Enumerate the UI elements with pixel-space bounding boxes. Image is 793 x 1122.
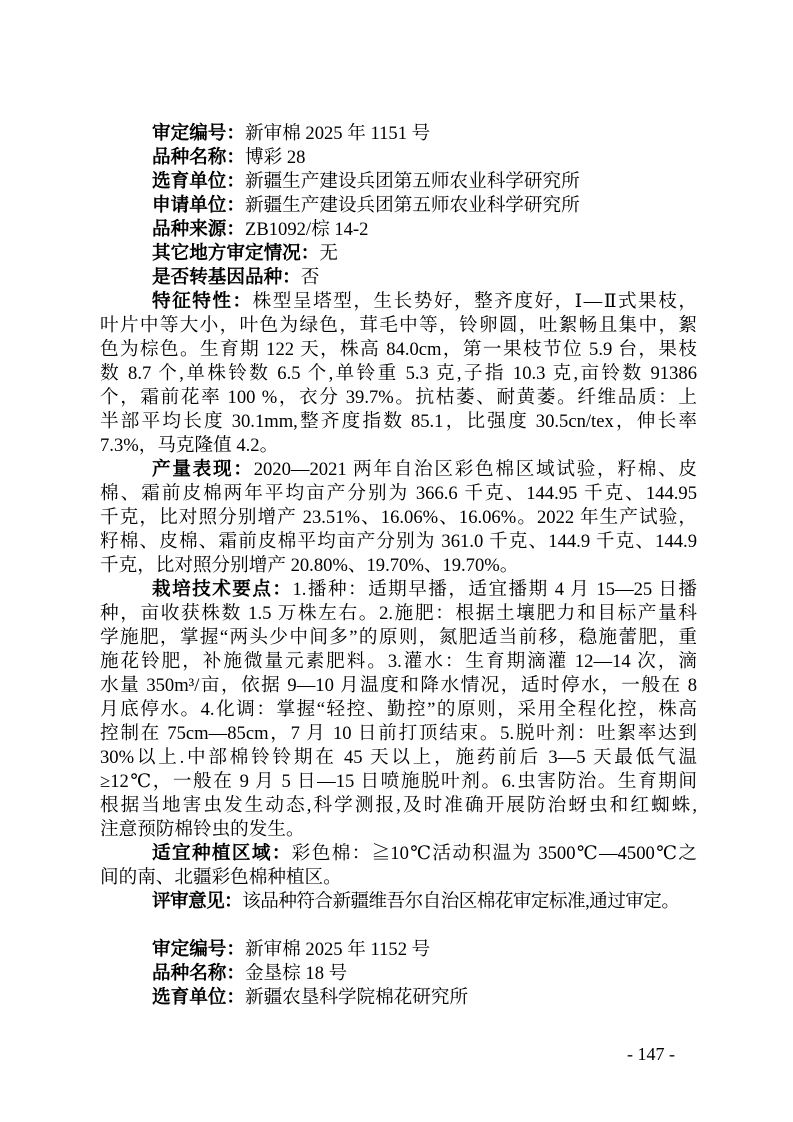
paragraph: 适宜种植区域：彩色棉：≧10℃活动积温为 3500℃—4500℃之间的南、北疆彩… [100,842,697,890]
line-text: 无 [319,243,338,264]
text-line: 根据当地害虫发生动态,科学测报,及时准确开展防治蚜虫和红蜘蛛, [100,794,697,818]
line-text: 该品种符合新疆维吾尔自治区棉花审定标准,通过审定。 [242,891,679,912]
text-line: 千克，比对照分别增产 20.80%、19.70%、19.70%。 [100,554,697,578]
field-label: 栽培技术要点： [152,579,292,600]
document-page: 审定编号：新审棉 2025 年 1151 号品种名称：博彩 28选育单位：新疆生… [0,0,793,1122]
text-line: 栽培技术要点：1.播种：适期早播，适宜播期 4 月 15—25 日播 [100,578,697,602]
paragraph: 品种名称：金垦棕 18 号 [100,962,697,986]
field-label: 品种名称： [152,963,245,984]
line-text: 新疆生产建设兵团第五师农业科学研究所 [245,195,580,216]
text-line: 审定编号：新审棉 2025 年 1151 号 [100,122,697,146]
text-line: 个，霜前花率 100 %，衣分 39.7%。抗枯萎、耐黄萎。纤维品质：上 [100,386,697,410]
variety-entry: 审定编号：新审棉 2025 年 1152 号品种名称：金垦棕 18 号选育单位：… [100,938,697,1010]
paragraph: 产量表现：2020—2021 两年自治区彩色棉区域试验，籽棉、皮棉、霜前皮棉两年… [100,458,697,578]
text-line: 施花铃肥，补施微量元素肥料。3.灌水：生育期滴灌 12—14 次，滴 [100,650,697,674]
paragraph: 特征特性：株型呈塔型，生长势好，整齐度好，Ⅰ—Ⅱ式果枝，叶片中等大小，叶色为绿色… [100,290,697,458]
text-line: 是否转基因品种：否 [100,266,697,290]
paragraph: 选育单位：新疆农垦科学院棉花研究所 [100,986,697,1010]
paragraph: 申请单位：新疆生产建设兵团第五师农业科学研究所 [100,194,697,218]
line-text: 株型呈塔型，生长势好，整齐度好，Ⅰ—Ⅱ式果枝， [253,291,697,312]
paragraph: 栽培技术要点：1.播种：适期早播，适宜播期 4 月 15—25 日播种，亩收获株… [100,578,697,842]
field-label: 适宜种植区域： [152,843,292,864]
field-label: 选育单位： [152,987,245,1008]
text-line: 品种名称：博彩 28 [100,146,697,170]
line-text: 新疆生产建设兵团第五师农业科学研究所 [245,171,580,192]
text-line: 选育单位：新疆生产建设兵团第五师农业科学研究所 [100,170,697,194]
text-line: 申请单位：新疆生产建设兵团第五师农业科学研究所 [100,194,697,218]
line-text: 金垦棕 18 号 [245,963,347,984]
text-line: 间的南、北疆彩色棉种植区。 [100,866,697,890]
field-label: 其它地方审定情况： [152,243,319,264]
paragraph: 品种来源：ZB1092/棕 14-2 [100,218,697,242]
text-line: 审定编号：新审棉 2025 年 1152 号 [100,938,697,962]
paragraph: 选育单位：新疆生产建设兵团第五师农业科学研究所 [100,170,697,194]
paragraph: 审定编号：新审棉 2025 年 1152 号 [100,938,697,962]
line-text: 新审棉 2025 年 1152 号 [245,939,430,960]
line-text: 新审棉 2025 年 1151 号 [245,123,430,144]
field-label: 特征特性： [152,291,253,312]
field-label: 选育单位： [152,171,245,192]
text-line: 评审意见：该品种符合新疆维吾尔自治区棉花审定标准,通过审定。 [100,890,697,914]
line-text: 新疆农垦科学院棉花研究所 [245,987,468,1008]
field-label: 产量表现： [152,459,254,480]
line-text: 1.播种：适期早播，适宜播期 4 月 15—25 日播 [292,579,697,600]
text-line: 选育单位：新疆农垦科学院棉花研究所 [100,986,697,1010]
field-label: 品种名称： [152,147,245,168]
text-line: 产量表现：2020—2021 两年自治区彩色棉区域试验，籽棉、皮 [100,458,697,482]
text-line: 叶片中等大小，叶色为绿色，茸毛中等，铃卵圆，吐絮畅且集中，絮 [100,314,697,338]
field-label: 审定编号： [152,123,245,144]
text-line: 色为棕色。生育期 122 天，株高 84.0cm，第一果枝节位 5.9 台，果枝 [100,338,697,362]
text-line: ≥12℃，一般在 9 月 5 日—15 日喷施脱叶剂。6.虫害防治。生育期间 [100,770,697,794]
field-label: 是否转基因品种： [152,267,301,288]
text-line: 学施肥，掌握“两头少中间多”的原则，氮肥适当前移，稳施蕾肥，重 [100,626,697,650]
line-text: 2020—2021 两年自治区彩色棉区域试验，籽棉、皮 [254,459,697,480]
document-content: 审定编号：新审棉 2025 年 1151 号品种名称：博彩 28选育单位：新疆生… [100,122,697,1010]
paragraph: 品种名称：博彩 28 [100,146,697,170]
text-line: 适宜种植区域：彩色棉：≧10℃活动积温为 3500℃—4500℃之 [100,842,697,866]
text-line: 种，亩收获株数 1.5 万株左右。2.施肥：根据土壤肥力和目标产量科 [100,602,697,626]
text-line: 其它地方审定情况：无 [100,242,697,266]
line-text: ZB1092/棕 14-2 [245,219,368,240]
text-line: 品种来源：ZB1092/棕 14-2 [100,218,697,242]
paragraph: 审定编号：新审棉 2025 年 1151 号 [100,122,697,146]
text-line: 品种名称：金垦棕 18 号 [100,962,697,986]
line-text: 否 [301,267,320,288]
text-line: 7.3%，马克隆值 4.2。 [100,434,697,458]
text-line: 水量 350m³/亩，依据 9—10 月温度和降水情况，适时停水，一般在 8 [100,674,697,698]
line-text: 博彩 28 [245,147,305,168]
paragraph: 是否转基因品种：否 [100,266,697,290]
text-line: 月底停水。4.化调：掌握“轻控、勤控”的原则，采用全程化控，株高 [100,698,697,722]
field-label: 品种来源： [152,219,245,240]
line-text: 彩色棉：≧10℃活动积温为 3500℃—4500℃之 [292,843,697,864]
text-line: 注意预防棉铃虫的发生。 [100,818,697,842]
text-line: 千克，比对照分别增产 23.51%、16.06%、16.06%。2022 年生产… [100,506,697,530]
page-number: - 147 - [627,1042,675,1066]
text-line: 控制在 75cm—85cm，7 月 10 日前打顶结束。5.脱叶剂：吐絮率达到 [100,722,697,746]
field-label: 评审意见： [152,891,242,912]
text-line: 数 8.7 个,单株铃数 6.5 个,单铃重 5.3 克,子指 10.3 克,亩… [100,362,697,386]
variety-entry: 审定编号：新审棉 2025 年 1151 号品种名称：博彩 28选育单位：新疆生… [100,122,697,914]
field-label: 申请单位： [152,195,245,216]
text-line: 棉、霜前皮棉两年平均亩产分别为 366.6 千克、144.95 千克、144.9… [100,482,697,506]
paragraph: 评审意见：该品种符合新疆维吾尔自治区棉花审定标准,通过审定。 [100,890,697,914]
paragraph: 其它地方审定情况：无 [100,242,697,266]
text-line: 特征特性：株型呈塔型，生长势好，整齐度好，Ⅰ—Ⅱ式果枝， [100,290,697,314]
text-line: 籽棉、皮棉、霜前皮棉平均亩产分别为 361.0 千克、144.9 千克、144.… [100,530,697,554]
field-label: 审定编号： [152,939,245,960]
text-line: 30%以上.中部棉铃铃期在 45 天以上，施药前后 3—5 天最低气温 [100,746,697,770]
text-line: 半部平均长度 30.1mm,整齐度指数 85.1，比强度 30.5cn/tex，… [100,410,697,434]
